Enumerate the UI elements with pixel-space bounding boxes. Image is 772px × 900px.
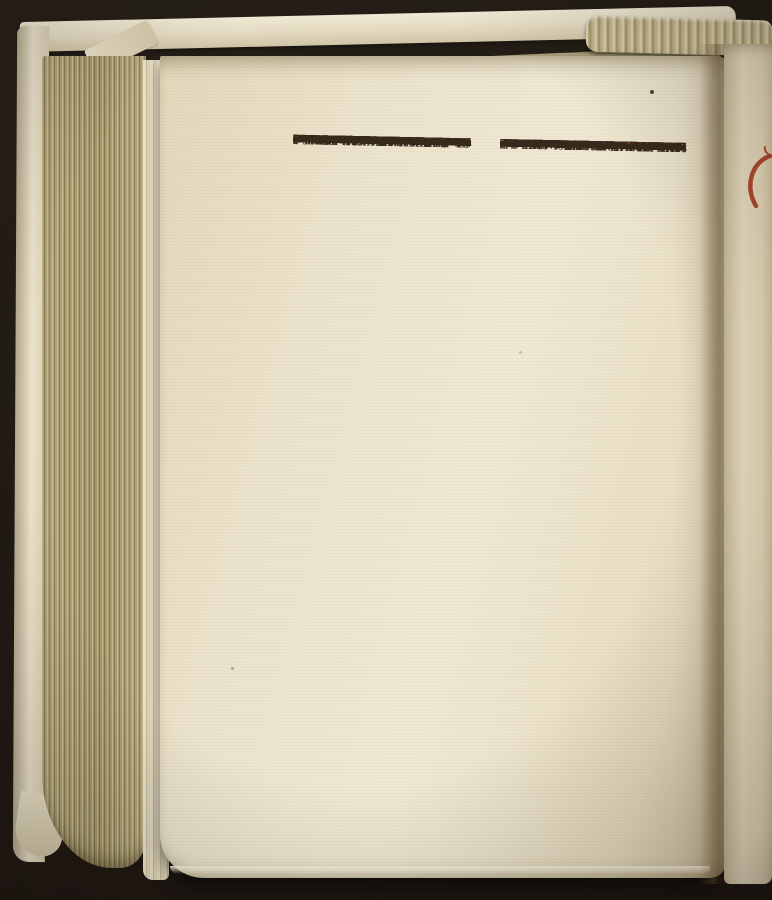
printed-text-block: rōnali . Aliud aūt ē appetibile a brutal… bbox=[280, 134, 693, 782]
page-bottom-rim bbox=[170, 866, 710, 874]
text-line: tudinē ordiatū . que ut appetit beatitud… bbox=[293, 134, 472, 151]
facing-page-sliver bbox=[724, 44, 772, 884]
red-pen-flourish-icon bbox=[724, 44, 772, 884]
foxing-speck bbox=[650, 90, 654, 94]
book-photo: rōnali . Aliud aūt ē appetibile a brutal… bbox=[0, 0, 772, 900]
fore-edge-page-stack bbox=[42, 56, 146, 868]
text-line: tentiarū accipe . bbox=[500, 138, 584, 153]
foxing-speck bbox=[231, 667, 234, 670]
